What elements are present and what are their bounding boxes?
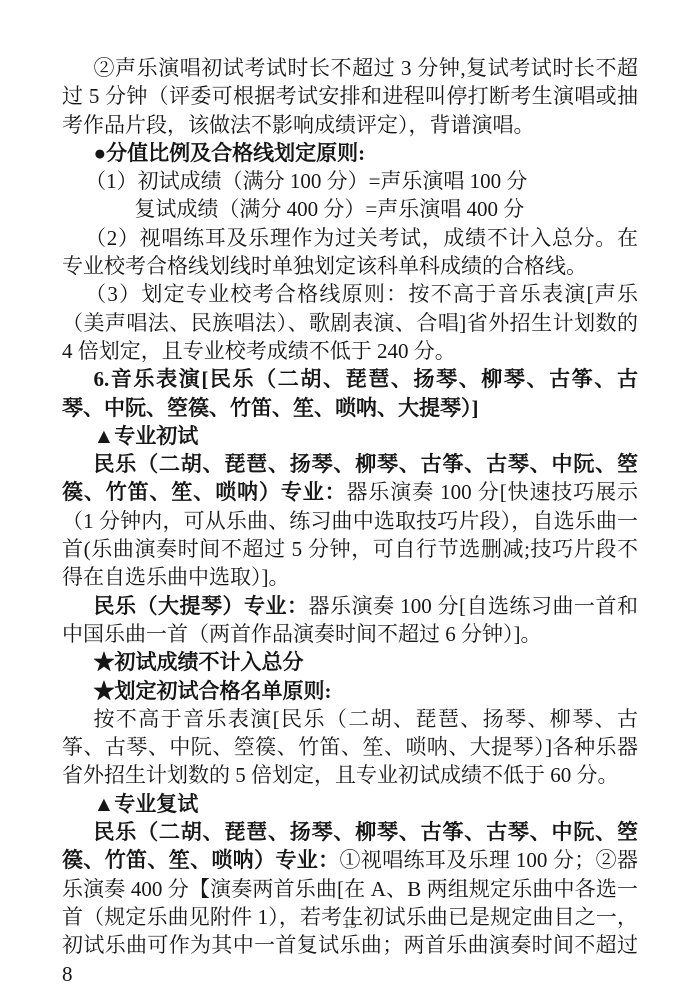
note-text: ★初试成绩不计入总分 bbox=[94, 650, 304, 674]
item-qualification-line-rule: （3）划定专业校考合格线原则：按不高于音乐表演[声乐（美声唱法、民族唱法）、歌剧… bbox=[62, 280, 638, 365]
subheading-text: ▲专业初试 bbox=[94, 424, 199, 448]
paragraph-cello-initial: 民乐（大提琴）专业：器乐演奏 100 分[自选练习曲一首和中国乐曲一首（两首作品… bbox=[62, 592, 638, 649]
paragraph-text: ②声乐演唱初试考试时长不超过 3 分钟,复试考试时长不超过 5 分钟（评委可根据… bbox=[62, 56, 638, 137]
heading-score-ratio-rule: ●分值比例及合格线划定原则: bbox=[62, 139, 638, 167]
paragraph-folk-instruments-retest: 民乐（二胡、琵琶、扬琴、柳琴、古筝、古琴、中阮、箜篌、竹笛、笙、唢呐）专业：①视… bbox=[62, 818, 638, 988]
document-page: ②声乐演唱初试考试时长不超过 3 分钟,复试考试时长不超过 5 分钟（评委可根据… bbox=[0, 0, 700, 990]
paragraph-vocal-exam-duration: ②声乐演唱初试考试时长不超过 3 分钟,复试考试时长不超过 5 分钟（评委可根据… bbox=[62, 54, 638, 139]
item-retest-score-formula: 复试成绩（满分 400 分）=声乐演唱 400 分 bbox=[62, 195, 638, 223]
subheading-text: ▲专业复试 bbox=[94, 792, 199, 816]
paragraph-text: 按不高于音乐表演[民乐（二胡、琵琶、扬琴、柳琴、古筝、古琴、中阮、箜篌、竹笛、笙… bbox=[62, 707, 638, 788]
heading-text: ●分值比例及合格线划定原则: bbox=[94, 141, 366, 165]
paragraph-bold-lead: 民乐（大提琴）专业： bbox=[94, 594, 309, 618]
item-text: 复试成绩（满分 400 分）=声乐演唱 400 分 bbox=[134, 197, 524, 221]
heading-section-6-folk-music: 6.音乐表演[民乐（二胡、琵琶、扬琴、柳琴、古筝、古琴、中阮、箜篌、竹笛、笙、唢… bbox=[62, 365, 638, 422]
subheading-professional-initial-exam: ▲专业初试 bbox=[62, 422, 638, 450]
note-text: ★划定初试合格名单原则: bbox=[94, 679, 332, 703]
paragraph-initial-cutoff-rule: 按不高于音乐表演[民乐（二胡、琵琶、扬琴、柳琴、古筝、古琴、中阮、箜篌、竹笛、笙… bbox=[62, 705, 638, 790]
item-text: （2）视唱练耳及乐理作为过关考试，成绩不计入总分。在专业校考合格线划线时单独划定… bbox=[62, 226, 638, 278]
page-number: 15 bbox=[0, 916, 700, 932]
document-text-block: ②声乐演唱初试考试时长不超过 3 分钟,复试考试时长不超过 5 分钟（评委可根据… bbox=[62, 54, 638, 988]
heading-text: 6.音乐表演[民乐（二胡、琵琶、扬琴、柳琴、古筝、古琴、中阮、箜篌、竹笛、笙、唢… bbox=[62, 367, 638, 419]
item-text: （3）划定专业校考合格线原则：按不高于音乐表演[声乐（美声唱法、民族唱法）、歌剧… bbox=[62, 282, 638, 363]
note-initial-score-not-counted: ★初试成绩不计入总分 bbox=[62, 648, 638, 676]
item-text: （1）初试成绩（满分 100 分）=声乐演唱 100 分 bbox=[85, 169, 527, 193]
subheading-professional-retest: ▲专业复试 bbox=[62, 790, 638, 818]
item-initial-score-formula: （1）初试成绩（满分 100 分）=声乐演唱 100 分 bbox=[62, 167, 638, 195]
item-sightsinging-pass-exam: （2）视唱练耳及乐理作为过关考试，成绩不计入总分。在专业校考合格线划线时单独划定… bbox=[62, 224, 638, 281]
note-initial-pass-list-rule: ★划定初试合格名单原则: bbox=[62, 677, 638, 705]
paragraph-folk-instruments-initial: 民乐（二胡、琵琶、扬琴、柳琴、古筝、古琴、中阮、箜篌、竹笛、笙、唢呐）专业：器乐… bbox=[62, 450, 638, 591]
